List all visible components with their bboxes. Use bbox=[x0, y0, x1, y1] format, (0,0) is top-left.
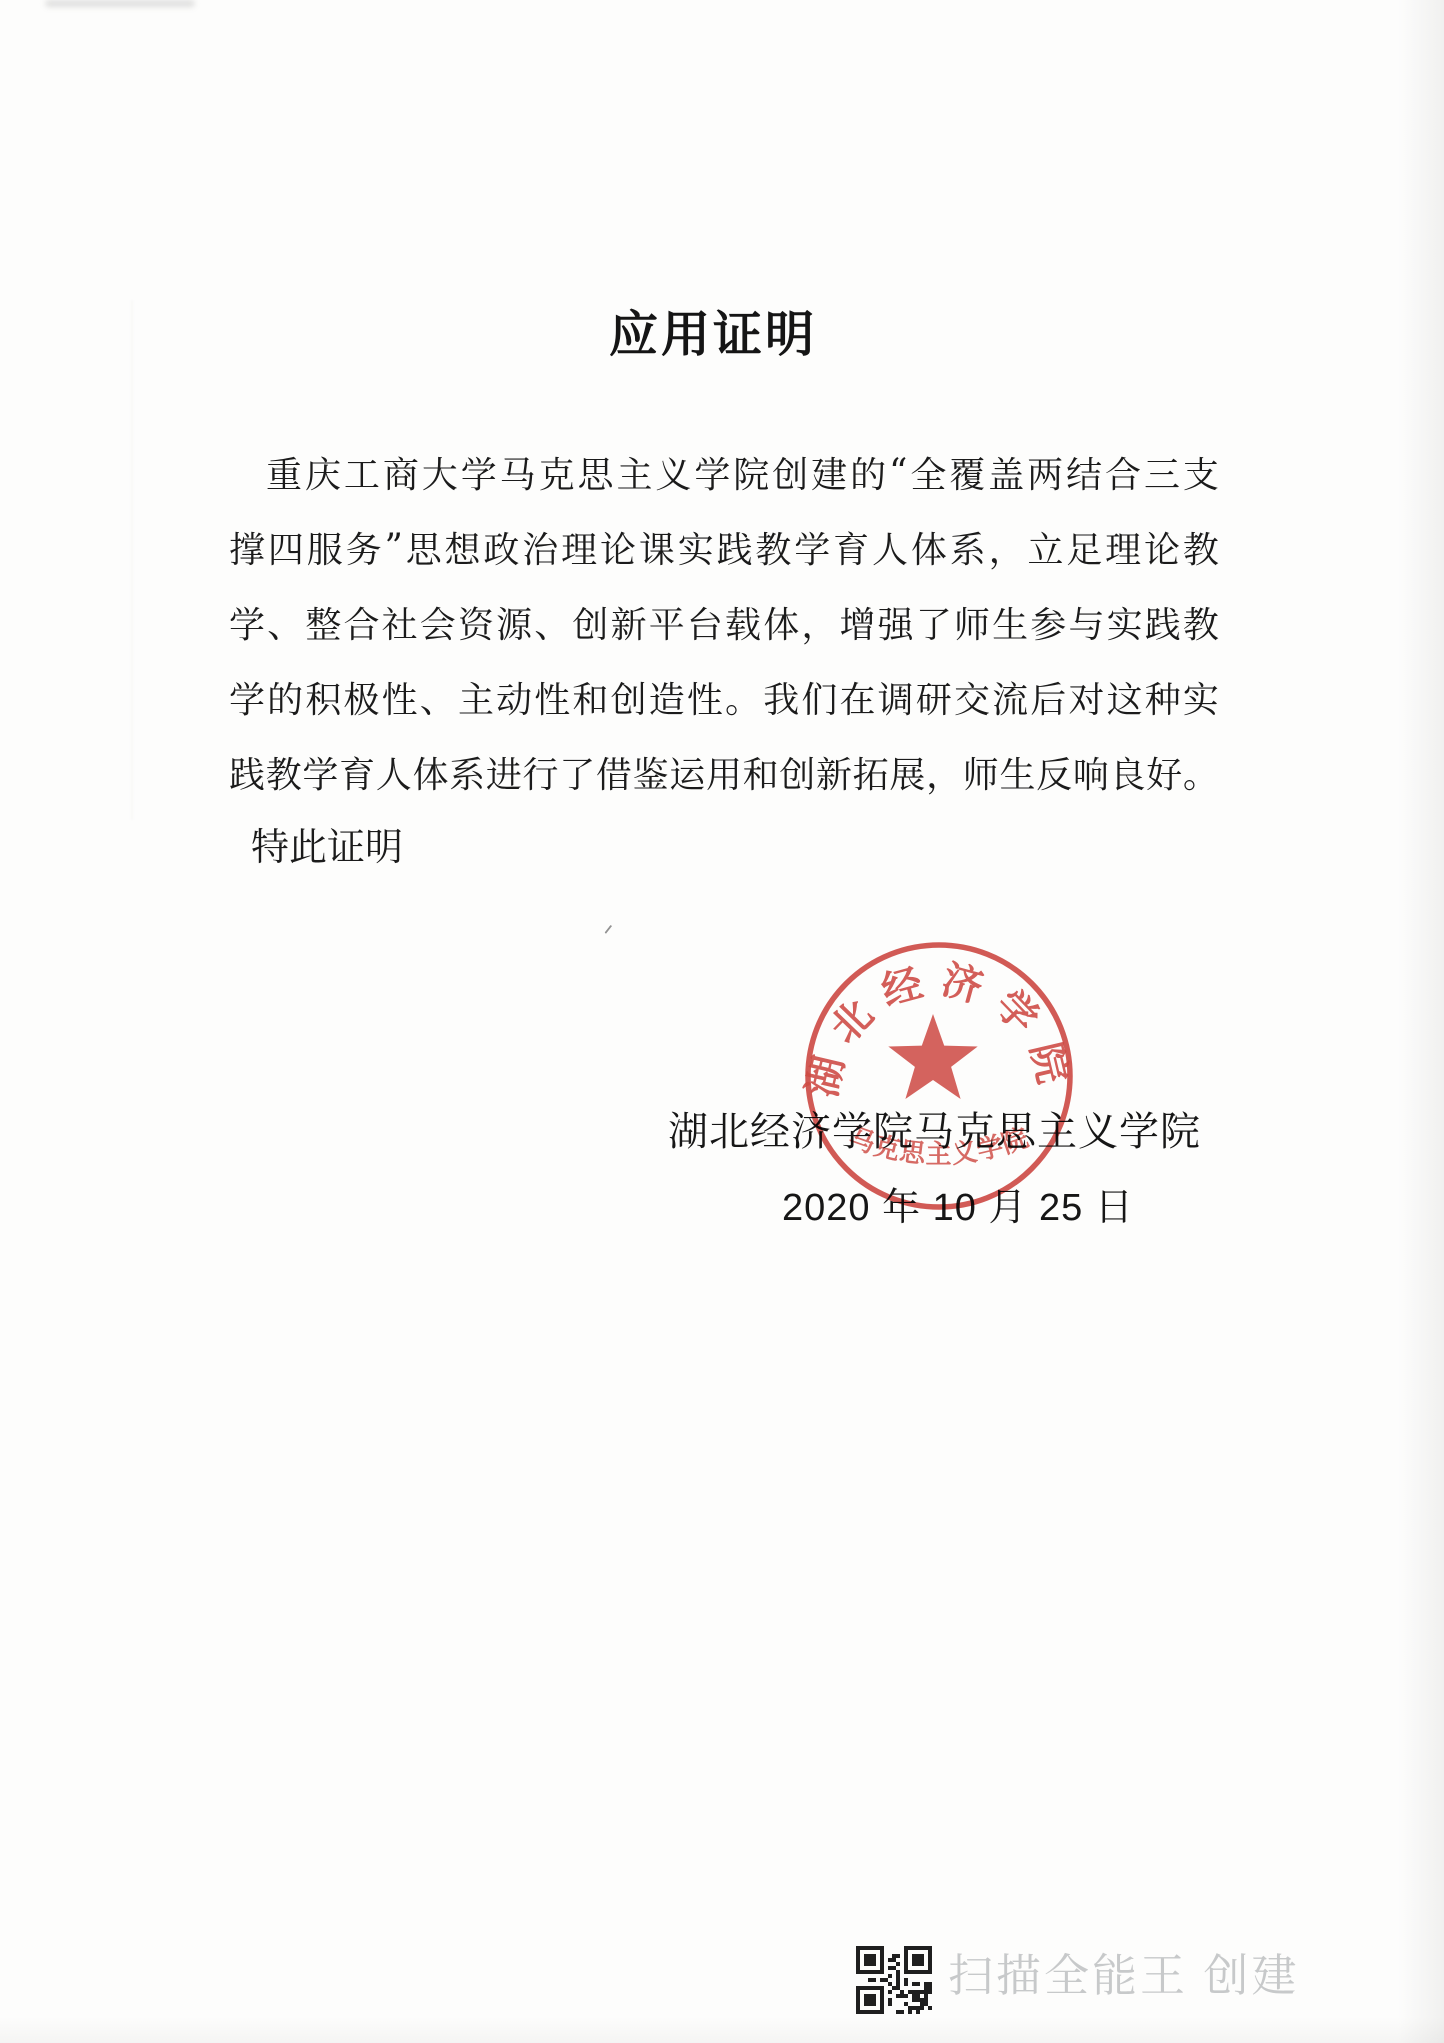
body-line-3: 学、整合社会资源、创新平台载体，增强了师生参与实践教 bbox=[229, 585, 1219, 660]
body-line-4: 学的积极性、主动性和创造性。我们在调研交流后对这种实 bbox=[229, 660, 1219, 735]
scan-smudge bbox=[45, 0, 195, 7]
seal-bottom-text: 马克思主义学院 bbox=[845, 1123, 1034, 1170]
official-red-seal: 湖北经济学院 马克思主义学院 bbox=[800, 938, 1078, 1216]
qr-code bbox=[856, 1946, 932, 2014]
body-line-2: 撑四服务”思想政治理论课实践教学育人体系，立足理论教 bbox=[229, 510, 1219, 585]
scan-edge-shadow-bottom bbox=[0, 2017, 1444, 2043]
document-title: 应用证明 bbox=[0, 296, 1426, 366]
body-line-1: 重庆工商大学马克思主义学院创建的“全覆盖两结合三支 bbox=[229, 435, 1219, 510]
svg-text:马克思主义学院: 马克思主义学院 bbox=[845, 1123, 1034, 1170]
scanner-watermark: 扫描全能王 创建 bbox=[856, 1946, 1300, 2014]
scanner-watermark-text: 扫描全能王 创建 bbox=[948, 1946, 1300, 2006]
scanned-certificate-page: 应用证明 重庆工商大学马克思主义学院创建的“全覆盖两结合三支 撑四服务”思想政治… bbox=[0, 0, 1444, 2043]
seal-star-icon bbox=[888, 1014, 977, 1099]
scan-streak bbox=[131, 300, 133, 820]
pen-tick-mark bbox=[604, 925, 621, 941]
body-line-5: 践教学育人体系进行了借鉴运用和创新拓展，师生反响良好。 bbox=[229, 735, 1219, 810]
closing-statement: 特此证明 bbox=[229, 810, 1219, 885]
body-paragraph: 重庆工商大学马克思主义学院创建的“全覆盖两结合三支 撑四服务”思想政治理论课实践… bbox=[229, 435, 1219, 885]
